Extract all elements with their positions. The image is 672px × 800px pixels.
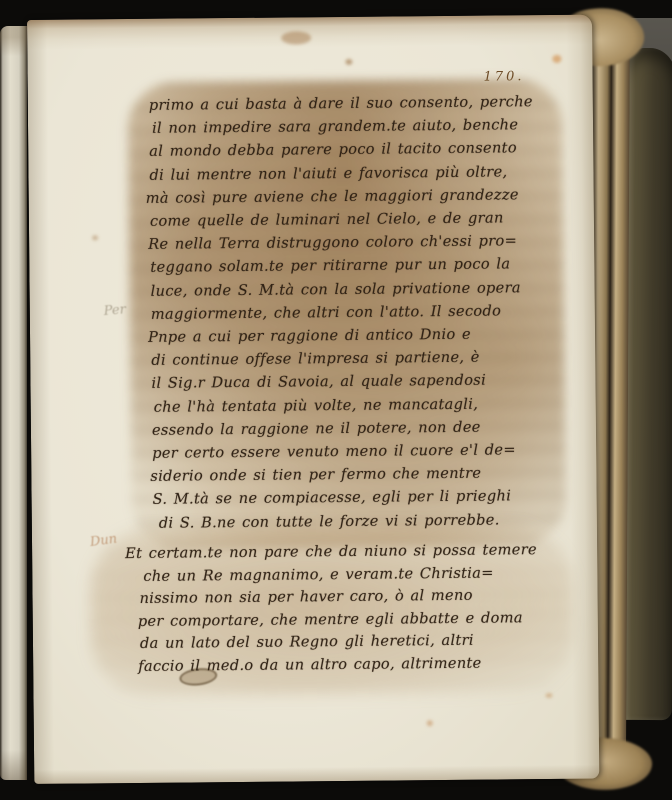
gutter-page-edge	[0, 26, 27, 780]
folio-number: 170.	[483, 69, 524, 84]
handwritten-line: faccio il med.o da un altro capo, altrim…	[138, 652, 586, 679]
stain-spot	[552, 55, 561, 63]
handwritten-line: S. M.tà se ne compiacesse, egli per li p…	[153, 484, 573, 511]
manuscript-page: 170. Per Dun primo a cui basta à dare il…	[27, 15, 599, 784]
handwritten-line: teggano solam.te per ritirarne pur un po…	[150, 252, 570, 279]
handwritten-line: mà così pure aviene che le maggiori gran…	[146, 183, 570, 210]
stain-spot	[345, 59, 352, 65]
stain-spot	[545, 693, 552, 698]
handwritten-line: per comportare, che mentre egli abbatte …	[138, 606, 586, 633]
text-block-1: primo a cui basta à dare il suo consento…	[149, 90, 573, 535]
handwritten-line: al mondo debba parere poco il tacito con…	[149, 136, 569, 163]
handwritten-line: luce, onde S. M.tà con la sola privation…	[150, 275, 570, 302]
marginal-ghost-mark: Per	[103, 302, 126, 319]
handwritten-line: per certo essere venuto meno il cuore e'…	[152, 438, 572, 465]
text-block-2: Et certam.te non pare che da niuno si po…	[125, 539, 586, 679]
handwritten-line: di S. B.ne con tutte le forze vi si porr…	[159, 507, 573, 534]
manuscript-photo: 170. Per Dun primo a cui basta à dare il…	[0, 0, 672, 800]
stain-spot	[427, 720, 433, 726]
stain-spot	[281, 31, 311, 44]
stain-spot	[92, 235, 98, 240]
handwritten-line: Et certam.te non pare che da niuno si po…	[125, 539, 585, 566]
